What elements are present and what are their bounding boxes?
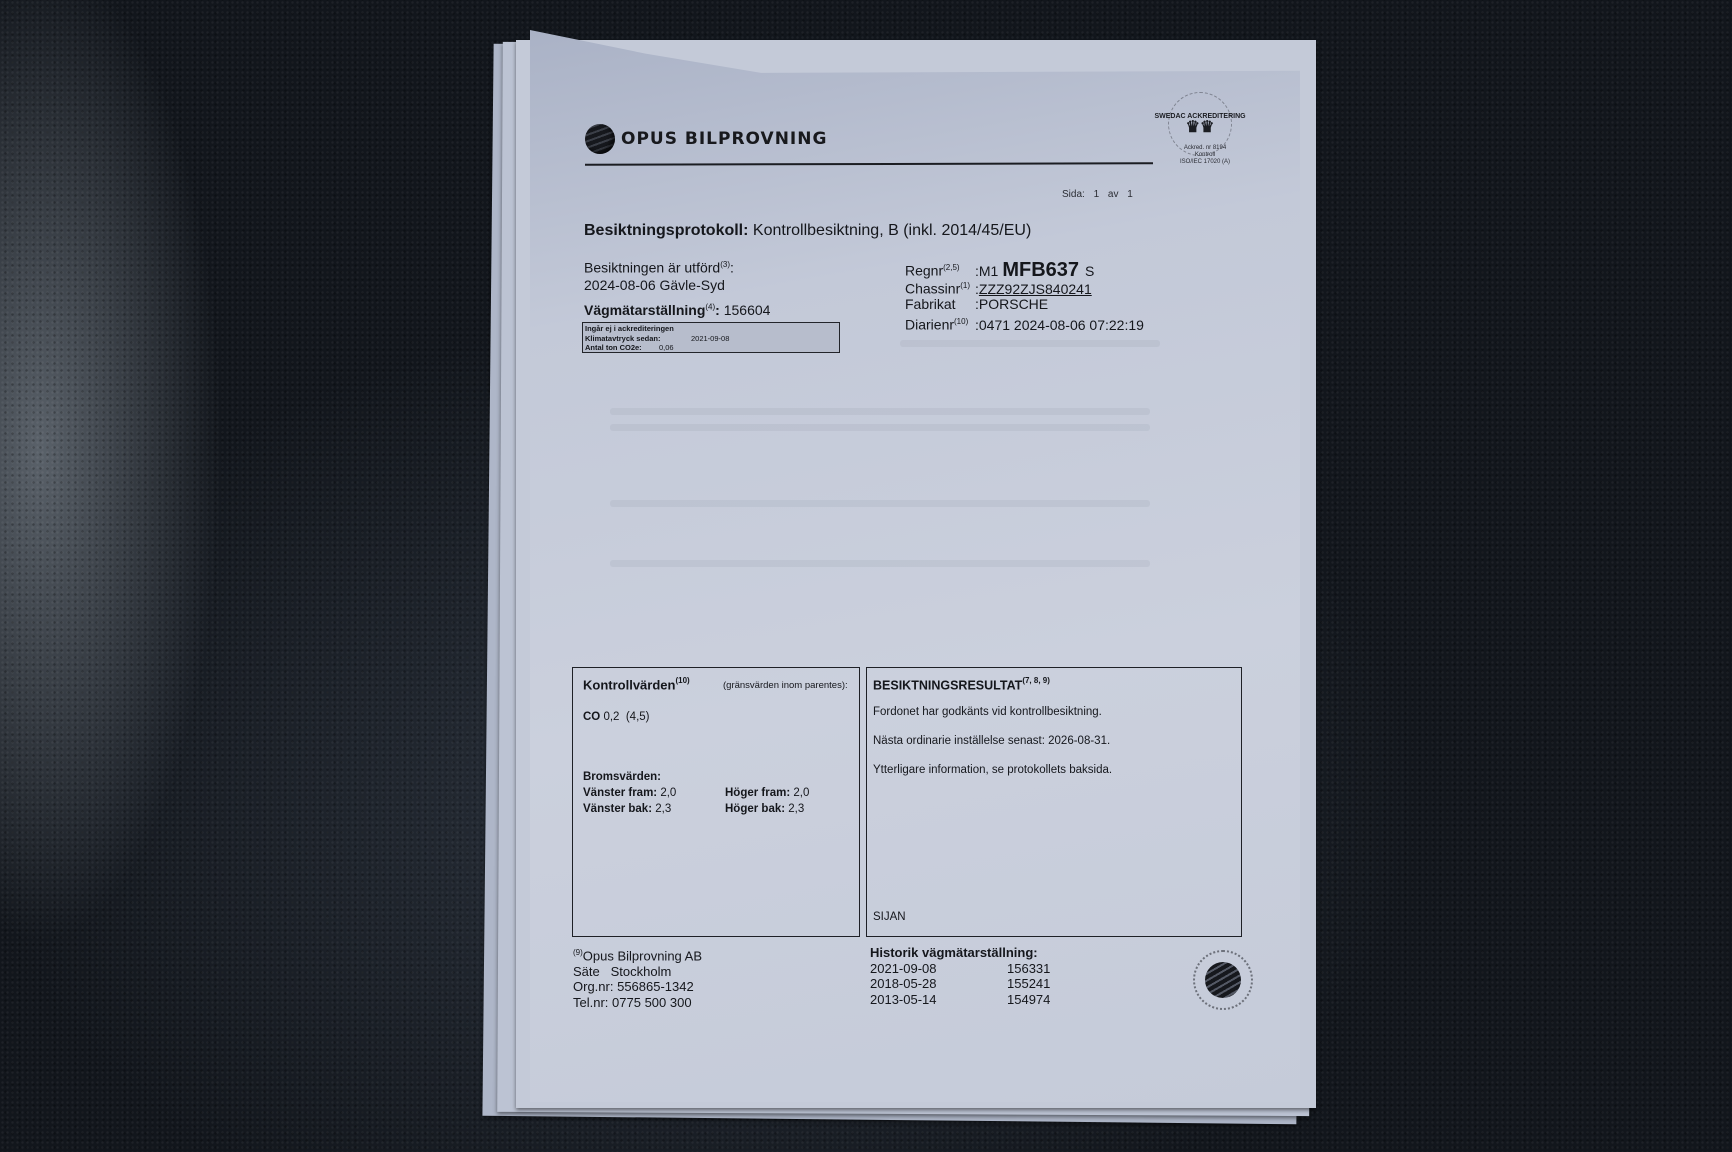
page-indicator: Sida: 1 av 1 [1062,189,1133,200]
odometer-reading: Vägmätarställning(4): 156604 [584,302,770,318]
document-title: Besiktningsprotokoll: Kontrollbesiktning… [584,222,1031,240]
opus-logo: OPUS BILPROVNING [585,124,827,154]
accreditation-info: Ackred. nr 8194 Kontroll ISO/IEC 17020 (… [1170,145,1240,166]
regnr-row: Regnr(2,5) :M1 MFB637 S [905,259,1144,277]
logo-text: OPUS BILPROVNING [621,129,827,149]
result-line: Ytterligare information, se protokollets… [873,764,1112,776]
brake-value: Höger bak: 2,3 [725,803,804,815]
inspection-result-box: BESIKTNINGSRESULTAT(7, 8, 9) Fordonet ha… [866,667,1242,937]
globe-icon [585,124,615,154]
result-heading: BESIKTNINGSRESULTAT(7, 8, 9) [873,676,1050,694]
limits-note: (gränsvärden inom parentes): [723,680,848,691]
inspector-signature: SIJAN [873,911,906,923]
history-row: 2018-05-28155241 [870,976,1050,992]
result-line: Fordonet har godkänts vid kontrollbesikt… [873,706,1102,718]
brake-value: Vänster fram: 2,0 [583,787,676,799]
company-info: (9)Opus Bilprovning AB Säte Stockholm Or… [573,945,702,1010]
brake-value: Höger fram: 2,0 [725,787,809,799]
brake-value: Vänster bak: 2,3 [583,803,671,815]
bleed-through [610,560,1150,567]
bleed-through [900,340,1160,347]
chassis-row: Chassinr(1) :ZZZ92ZJS840241 [905,277,1144,295]
registration-number: MFB637 [1002,261,1079,279]
make-row: Fabrikat :PORSCHE [905,295,1144,313]
inspection-location: Besiktningen är utförd(3): 2024-08-06 Gä… [584,256,734,294]
control-values-box: Kontrollvärden(10) (gränsvärden inom par… [572,667,860,937]
control-values-heading: Kontrollvärden(10) [583,676,690,694]
result-line: Nästa ordinarie inställelse senast: 2026… [873,735,1110,747]
climate-compensation-seal [1193,950,1253,1010]
three-crowns-icon: ♛♛ [1186,120,1215,136]
odometer-history: Historik vägmätarställning: 2021-09-0815… [870,945,1050,1007]
history-heading: Historik vägmätarställning: [870,945,1050,961]
bleed-through [610,408,1150,415]
globe-icon [1205,962,1241,998]
bleed-through [610,424,1150,431]
brakes-heading: Bromsvärden: [583,771,661,783]
history-row: 2013-05-14154974 [870,992,1050,1008]
history-row: 2021-09-08156331 [870,961,1050,977]
co-value: CO 0,2 (4,5) [583,711,650,723]
bleed-through [610,500,1150,507]
diary-row: Diarienr(10) :0471 2024-08-06 07:22:19 [905,313,1144,331]
climate-footprint-box: Ingår ej i ackrediteringen Klimatavtryck… [582,322,840,353]
vehicle-info: Regnr(2,5) :M1 MFB637 S Chassinr(1) :ZZZ… [905,259,1144,331]
